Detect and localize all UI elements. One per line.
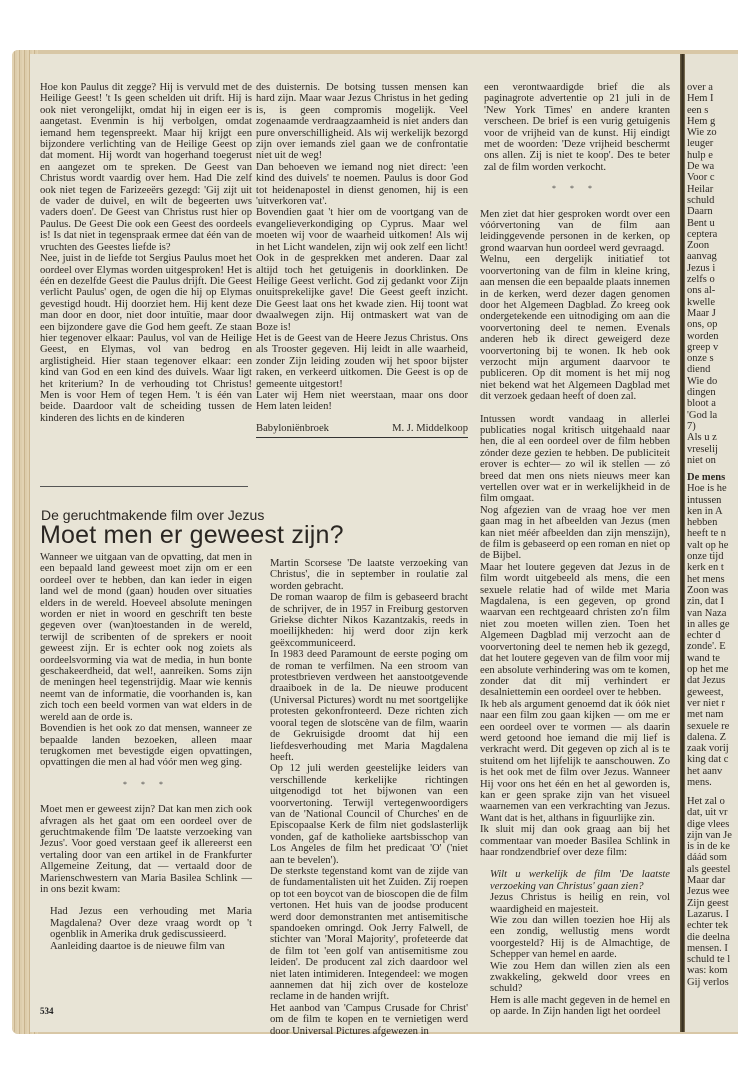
text-line: zaak vorij xyxy=(687,743,738,754)
quote-line: Jezus Christus is heilig en rein, vol wa… xyxy=(490,892,670,915)
article-column-1: Wanneer we uitgaan van de opvatting, dat… xyxy=(40,552,252,952)
text-line: onze tijd xyxy=(687,551,738,562)
text-line: zijn van Je xyxy=(687,830,738,841)
text-line: Het zal o xyxy=(687,796,738,807)
text-line: dat Jezus xyxy=(687,675,738,686)
text-line: Wie zo xyxy=(687,127,738,138)
paragraph: Aanleiding daartoe is de nieuwe film van xyxy=(50,941,252,952)
signature-author: M. J. Middelkoop xyxy=(392,423,468,434)
text-line: geweest, xyxy=(687,687,738,698)
text-line: Als u z xyxy=(687,432,738,443)
paragraph: Hoe kon Paulus dit zegge? Hij is vervuld… xyxy=(40,82,252,253)
text-line: dáád som xyxy=(687,852,738,863)
text-line: Voor c xyxy=(687,172,738,183)
text-line: onze s xyxy=(687,353,738,364)
text-line: van Naza xyxy=(687,608,738,619)
paragraph: Welnu, een dergelijk initiatief tot voor… xyxy=(480,254,670,402)
paragraph: De sterkste tegenstand komt van de zijde… xyxy=(270,866,468,1003)
text-line: hebben xyxy=(687,517,738,528)
text-line: zin, dat I xyxy=(687,596,738,607)
text-line: mensen. I xyxy=(687,943,738,954)
text-line: leuger xyxy=(687,138,738,149)
text-line: Daarn xyxy=(687,206,738,217)
text-line: ver niet r xyxy=(687,698,738,709)
text-line: king dat c xyxy=(687,754,738,765)
text-line: met nam xyxy=(687,709,738,720)
text-line: dalena. Z xyxy=(687,732,738,743)
text-line: Lazarus. I xyxy=(687,909,738,920)
text-line: Jezus i xyxy=(687,263,738,274)
paragraph: Wanneer we uitgaan van de opvatting, dat… xyxy=(40,552,252,723)
text-line: worden xyxy=(687,331,738,342)
text-line: kwelle xyxy=(687,297,738,308)
text-line: schuld xyxy=(687,195,738,206)
text-line: een s xyxy=(687,105,738,116)
paragraph: Had Jezus een verhouding met Maria Magda… xyxy=(50,906,252,940)
text-line: Wie do xyxy=(687,376,738,387)
paragraph: Bovendien gaat 't hier om de voortgang v… xyxy=(256,207,468,332)
paragraph: Het is de Geest van de Heere Jezus Chris… xyxy=(256,333,468,390)
text-line: kerk en t xyxy=(687,562,738,573)
text-line: vreselij xyxy=(687,444,738,455)
quote-line: Wie zou Hem dan willen zien als een zwak… xyxy=(490,961,670,995)
facing-page-block-2: De mens Hoe is heintussenken in Ahebbenh… xyxy=(687,472,738,788)
text-line: wand te xyxy=(687,653,738,664)
text-line: Jezus wee xyxy=(687,886,738,897)
text-line: greep v xyxy=(687,342,738,353)
text-line: zonde'. E xyxy=(687,641,738,652)
text-line: sexuele re xyxy=(687,721,738,732)
text-line: 'God la xyxy=(687,410,738,421)
text-line: Maar J xyxy=(687,308,738,319)
top-article-column-1: Hoe kon Paulus dit zegge? Hij is vervuld… xyxy=(40,82,252,424)
section-separator: * * * xyxy=(40,779,252,790)
text-line: intussen xyxy=(687,495,738,506)
text-line: echter d xyxy=(687,630,738,641)
text-line: dingen xyxy=(687,387,738,398)
paragraph: Nog afgezien van de vraag hoe ver men ga… xyxy=(480,505,670,562)
quoted-article-continued: een verontwaardigde brief die als pagina… xyxy=(484,82,670,173)
text-line: is in de ke xyxy=(687,841,738,852)
text-line: valt op he xyxy=(687,540,738,551)
paragraph: De roman waarop de film is gebaseerd bra… xyxy=(270,592,468,649)
section-divider xyxy=(40,486,248,487)
text-line: ken in A xyxy=(687,506,738,517)
text-line: 7) xyxy=(687,421,738,432)
text-line: Maar dar xyxy=(687,875,738,886)
facing-heading: De mens xyxy=(687,472,738,483)
text-line: in alles ge xyxy=(687,619,738,630)
article-headline: Moet men er geweest zijn? xyxy=(40,521,344,550)
text-line: Hem I xyxy=(687,93,738,104)
paragraph: een verontwaardigde brief die als pagina… xyxy=(484,82,670,173)
article-column-2: Martin Scorsese 'De laatste verzoeking v… xyxy=(270,558,468,1037)
text-line: was: kom xyxy=(687,965,738,976)
text-line: als geestel xyxy=(687,864,738,875)
text-line: Bent u xyxy=(687,218,738,229)
article-column-3: een verontwaardigde brief die als pagina… xyxy=(480,82,670,1018)
paragraph: Martin Scorsese 'De laatste verzoeking v… xyxy=(270,558,468,592)
paragraph: Dan behoeven we iemand nog niet direct: … xyxy=(256,162,468,208)
text-line: De wa xyxy=(687,161,738,172)
text-line: schuld te l xyxy=(687,954,738,965)
text-line: Gij verlos xyxy=(687,977,738,988)
paragraph: Intussen wordt vandaag in allerlei publi… xyxy=(480,414,670,505)
text-line: mens. xyxy=(687,777,738,788)
text-line: echter tek xyxy=(687,920,738,931)
text-line: ons, op xyxy=(687,319,738,330)
text-line: bloot a xyxy=(687,398,738,409)
quote-line: Wilt u werkelijk de film 'De laatste ver… xyxy=(490,869,670,892)
section-separator: * * * xyxy=(480,183,670,194)
text-line: Heilar xyxy=(687,184,738,195)
text-line: op het me xyxy=(687,664,738,675)
paragraph: In 1983 deed Paramount de eerste poging … xyxy=(270,649,468,763)
text-line: het aanv xyxy=(687,766,738,777)
paragraph: Ik heb als argument genoemd dat ik óók n… xyxy=(480,699,670,824)
paragraph: Nee, juist in de liefde tot Sergius Paul… xyxy=(40,253,252,424)
text-line: het mens xyxy=(687,574,738,585)
quote-line: Hem is alle macht gegeven in de hemel en… xyxy=(490,995,670,1018)
paragraph: Men ziet dat hier gesproken wordt over e… xyxy=(480,209,670,255)
paragraph: Het aanbod van 'Campus Crusade for Chris… xyxy=(270,1003,468,1037)
quoted-article: Had Jezus een verhouding met Maria Magda… xyxy=(50,906,252,952)
text-line: Zoon xyxy=(687,240,738,251)
page-number: 534 xyxy=(40,1006,54,1016)
signature-place: Babyloniënbroek xyxy=(256,423,329,434)
text-line: hulp e xyxy=(687,150,738,161)
text-line: Zoon was xyxy=(687,585,738,596)
text-line: dige vlees xyxy=(687,819,738,830)
text-line: diend xyxy=(687,364,738,375)
text-line: aanvag xyxy=(687,251,738,262)
paragraph: Maar het loutere gegeven dat Jezus in de… xyxy=(480,562,670,699)
top-article-column-2: des duisternis. De botsing tussen mensen… xyxy=(256,82,468,438)
paragraph: Bovendien is het ook zo dat mensen, wann… xyxy=(40,723,252,769)
text-line: heeft te n xyxy=(687,528,738,539)
text-line: Hem g xyxy=(687,116,738,127)
facing-page-block-3: Het zal odat, uit vrdige vleeszijn van J… xyxy=(687,796,738,988)
text-line: Hoe is he xyxy=(687,483,738,494)
text-line: over a xyxy=(687,82,738,93)
text-line: dat, uit vr xyxy=(687,807,738,818)
text-line: zelfs o xyxy=(687,274,738,285)
schlink-quote: Wilt u werkelijk de film 'De laatste ver… xyxy=(490,869,670,1017)
paragraph: Ik sluit mij dan ook graag aan bij het c… xyxy=(480,824,670,858)
text-line: ons al- xyxy=(687,285,738,296)
text-line: die deelna xyxy=(687,932,738,943)
facing-page-block-1: over aHem Ieen sHem gWie zoleugerhulp eD… xyxy=(687,82,738,466)
signature: Babyloniënbroek M. J. Middelkoop xyxy=(256,423,468,438)
text-line: ceptera xyxy=(687,229,738,240)
text-line: niet on xyxy=(687,455,738,466)
paragraph: des duisternis. De botsing tussen mensen… xyxy=(256,82,468,162)
text-line: Zijn geest xyxy=(687,898,738,909)
paragraph: Moet men er geweest zijn? Dat kan men zi… xyxy=(40,804,252,895)
quote-line: Wie zou dan willen toezien hoe Hij als e… xyxy=(490,915,670,961)
paragraph: Later wij Hem niet weerstaan, maar ons d… xyxy=(256,390,468,413)
paragraph: Op 12 juli werden geestelijke leiders va… xyxy=(270,763,468,866)
